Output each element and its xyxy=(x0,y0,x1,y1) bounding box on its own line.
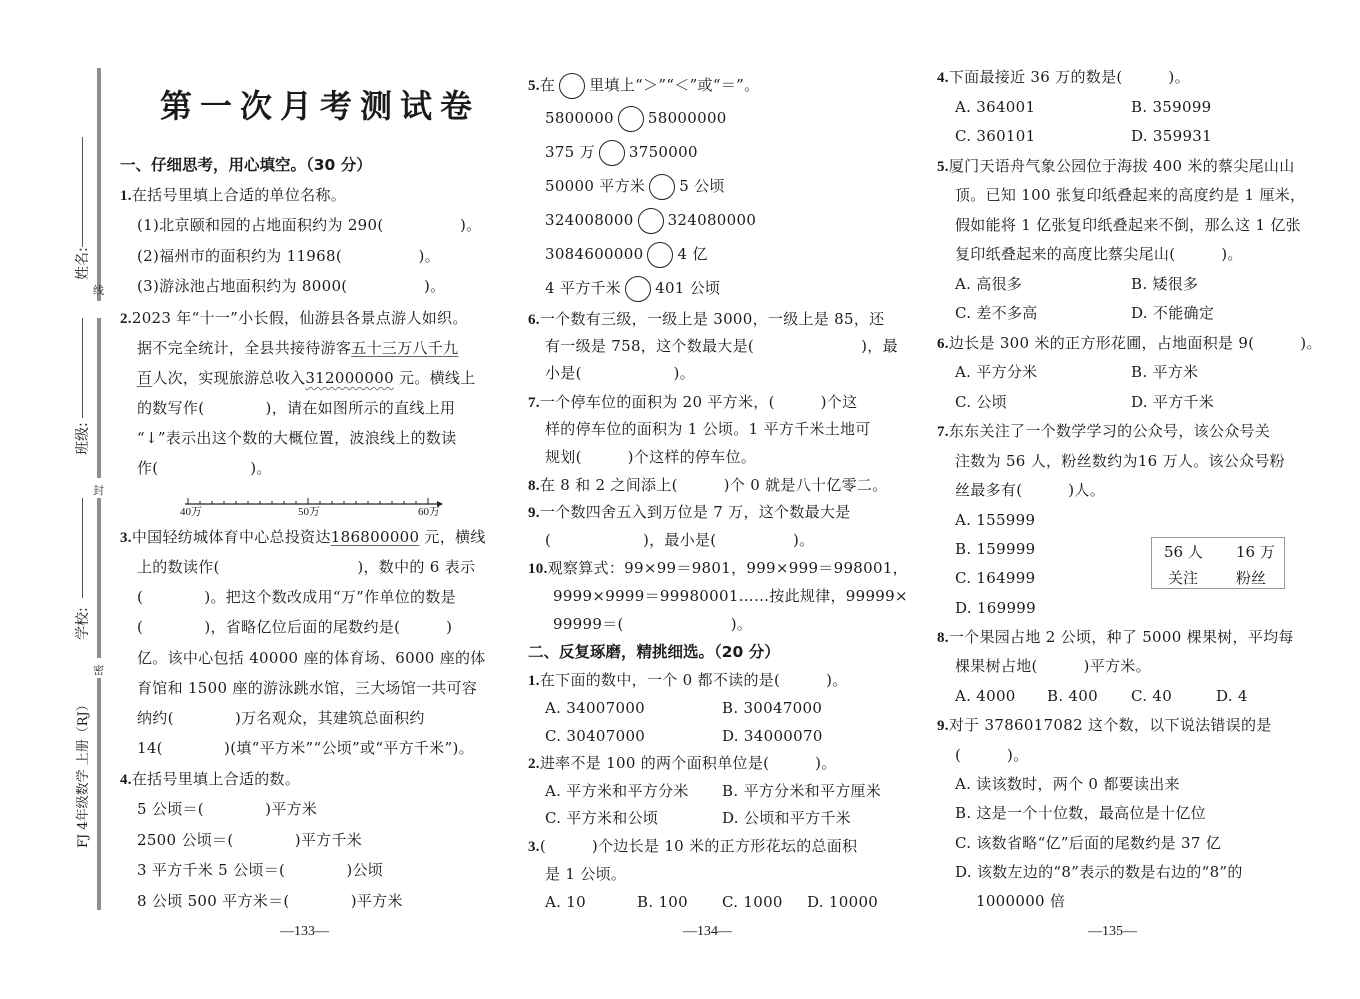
question-text: 中国轻纺城体育中心总投资达 xyxy=(132,528,331,546)
answer-blank-line[interactable]: ( )。把这个数改成用“万”作单位的数是 xyxy=(137,587,456,607)
question-text: 注数为 56 人，粉丝数约为16 万人。该公众号粉 xyxy=(955,451,1285,471)
question-text: 东东关注了一个数学学习的公众号，该公众号关 xyxy=(949,422,1270,440)
question-number: 5. xyxy=(937,159,949,175)
follow-count: 56 人 xyxy=(1164,541,1203,562)
option-b[interactable]: B. 矮很多 xyxy=(1131,274,1198,294)
option-b[interactable]: B. 100 xyxy=(637,892,688,912)
compare-right: 3750000 xyxy=(629,143,698,161)
option-a[interactable]: A. 34007000 xyxy=(545,698,645,718)
question-text: 一个数四舍五入到万位是 7 万，这个数最大是 xyxy=(540,503,851,521)
compare-left: 375 万 xyxy=(545,143,595,161)
answer-blank-line[interactable]: 丝最多有( )人。 xyxy=(955,480,1105,500)
option-b[interactable]: B. 平方米 xyxy=(1131,362,1198,382)
option-b[interactable]: B. 平方分米和平方厘米 xyxy=(722,781,881,801)
seal-char-line: 线 xyxy=(93,282,104,298)
answer-blank-line[interactable]: 在 8 和 2 之间添上( )个 0 就是八十亿零二。 xyxy=(540,476,888,494)
question-number: 7. xyxy=(528,395,540,411)
compare-row: 30846000004 亿 xyxy=(545,241,708,268)
question-text: 一个数有三级，一级上是 3000，一级上是 85，还 xyxy=(540,310,885,328)
question-number: 4. xyxy=(937,70,949,86)
sub-item[interactable]: 5 公顷＝( )平方米 xyxy=(137,799,317,819)
compare-row: 50000 平方米5 公顷 xyxy=(545,173,725,200)
question-text: 元。横线上 xyxy=(394,369,476,387)
school-label: 学校: xyxy=(72,607,92,640)
compare-row: 4 平方千米401 公顷 xyxy=(545,275,720,302)
option-d[interactable]: D. 169999 xyxy=(955,598,1036,618)
option-a[interactable]: A. 高很多 xyxy=(955,274,1022,294)
wavy-number: 312000000 xyxy=(305,369,394,387)
sub-item[interactable]: (3)游泳池占地面积约为 8000( )。 xyxy=(137,276,445,296)
option-c[interactable]: C. 平方米和公顷 xyxy=(545,808,658,828)
question-text: 元，横线 xyxy=(419,528,485,546)
option-c[interactable]: C. 差不多高 xyxy=(955,303,1038,323)
question-text: 据不完全统计，全县共接待游客 xyxy=(137,339,351,357)
option-b[interactable]: B. 这是一个十位数，最高位是十亿位 xyxy=(955,803,1206,823)
compare-circle[interactable] xyxy=(638,208,664,234)
option-d[interactable]: D. 公顷和平方千米 xyxy=(722,808,851,828)
follower-stats-box: 56 人 16 万 关注 粉丝 xyxy=(1151,537,1285,589)
compare-left: 4 平方千米 xyxy=(545,279,621,297)
question-text: 观察算式：99×99＝9801，999×999＝998001， xyxy=(548,559,908,577)
answer-blank-line[interactable]: ( )个边长是 10 米的正方形花坛的总面积 xyxy=(540,837,858,855)
question-text: 2023 年“十一”小长假，仙游县各景点游人如织。 xyxy=(132,309,468,327)
school-blank[interactable] xyxy=(82,498,83,598)
option-d[interactable]: D. 359931 xyxy=(1131,126,1212,146)
question-text: 人次，实现旅游总收入 xyxy=(152,369,305,387)
binding-bar xyxy=(97,678,101,910)
compare-right: 5 公顷 xyxy=(679,177,725,195)
answer-blank-line[interactable]: 复印纸叠起来的高度比蔡尖尾山( )。 xyxy=(955,244,1243,264)
question-number: 1. xyxy=(528,673,540,689)
question-number: 8. xyxy=(528,478,540,494)
question-number: 5. xyxy=(528,78,540,94)
answer-blank-line[interactable]: 小是( )。 xyxy=(545,363,695,383)
option-d[interactable]: D. 不能确定 xyxy=(1131,303,1214,323)
option-b[interactable]: B. 30047000 xyxy=(722,698,822,718)
answer-blank-line[interactable]: 一个停车位的面积为 20 平方米，( )个这 xyxy=(540,393,858,411)
page-number: —135— xyxy=(1088,924,1137,940)
answer-blank-line[interactable]: 规划( )个这样的停车位。 xyxy=(545,447,756,467)
question-text: 厦门天语舟气象公园位于海拔 400 米的蔡尖尾山山 xyxy=(949,157,1295,175)
question-text: 对于 3786017082 这个数，以下说法错误的是 xyxy=(949,716,1272,734)
question-number: 6. xyxy=(937,336,949,352)
name-blank[interactable] xyxy=(82,137,83,247)
question-text: “↓”表示出这个数的大概位置，波浪线上的数读 xyxy=(137,428,457,448)
option-a[interactable]: A. 平方米和平方分米 xyxy=(545,781,689,801)
class-blank[interactable] xyxy=(82,318,83,418)
answer-blank-line[interactable]: 的数写作( )，请在如图所示的直线上用 xyxy=(137,398,455,418)
sub-item[interactable]: (2)福州市的面积约为 11968( )。 xyxy=(137,246,440,266)
number-line-label: 40万 xyxy=(180,503,202,519)
fans-count: 16 万 xyxy=(1236,541,1275,562)
option-d[interactable]: D. 10000 xyxy=(807,892,878,912)
option-c[interactable]: C. 360101 xyxy=(955,126,1035,146)
option-b[interactable]: B. 159999 xyxy=(955,539,1036,559)
section1-heading: 一、仔细思考，用心填空。（30 分） xyxy=(120,155,372,175)
seal-char-secret: 密 xyxy=(93,662,104,678)
class-label: 班级: xyxy=(72,422,92,455)
answer-blank-line[interactable]: 纳约( )万名观众，其建筑总面积约 xyxy=(137,708,425,728)
binding-bar xyxy=(97,68,101,301)
seal-char-seal: 封 xyxy=(93,482,104,498)
compare-left: 50000 平方米 xyxy=(545,177,645,195)
exam-title: 第一次月考测试卷 xyxy=(160,86,480,126)
number-line-label: 50万 xyxy=(298,503,320,519)
question-text: 里填上“＞”“＜”或“＝”。 xyxy=(589,76,759,94)
question-text: 在 xyxy=(540,76,555,94)
underlined-number: 186800000 xyxy=(331,528,420,546)
option-c[interactable]: C. 30407000 xyxy=(545,726,645,746)
name-label: 姓名: xyxy=(72,247,92,280)
compare-circle[interactable] xyxy=(599,140,625,166)
answer-blank-line[interactable]: 作( )。 xyxy=(137,458,272,478)
question-stem: 在下面的数中，一个 0 都不读的是( )。 xyxy=(540,671,848,689)
binding-bar xyxy=(97,498,101,658)
option-d[interactable]: D. 4 xyxy=(1216,686,1248,706)
option-a[interactable]: A. 10 xyxy=(545,892,586,912)
compare-left: 3084600000 xyxy=(545,245,643,263)
s1-question-8[interactable]: 8.在 8 和 2 之间添上( )个 0 就是八十亿零二。 xyxy=(528,475,888,496)
compare-right: 4 亿 xyxy=(677,245,707,263)
option-a[interactable]: A. 155999 xyxy=(955,510,1035,530)
section2-heading: 二、反复琢磨，精挑细选。（20 分） xyxy=(528,642,780,662)
option-a[interactable]: A. 4000 xyxy=(955,686,1016,706)
compare-right: 58000000 xyxy=(648,109,727,127)
answer-blank-line[interactable]: ( )。 xyxy=(955,745,1029,765)
option-c[interactable]: C. 公顷 xyxy=(955,392,1007,412)
question-number: 10. xyxy=(528,561,548,577)
answer-blank-line[interactable]: ( )，最小是( )。 xyxy=(545,530,814,550)
compare-circle[interactable] xyxy=(649,174,675,200)
question-stem: 进率不是 100 的两个面积单位是( )。 xyxy=(540,754,837,772)
compare-right: 324080000 xyxy=(668,211,757,229)
option-d[interactable]: D. 34000070 xyxy=(722,726,823,746)
question-text: 育馆和 1500 座的游泳跳水馆，三大场馆一共可容 xyxy=(137,678,477,698)
option-a[interactable]: A. 读该数时，两个 0 都要读出来 xyxy=(955,774,1180,794)
question-number: 3. xyxy=(528,839,540,855)
question-text: 假如能将 1 亿张复印纸叠起来不倒，那么这 1 亿张 xyxy=(955,215,1301,235)
option-c[interactable]: C. 40 xyxy=(1131,686,1172,706)
compare-left: 5800000 xyxy=(545,109,614,127)
sub-item[interactable]: 3 平方千米 5 公顷＝( )公顷 xyxy=(137,860,383,880)
question-number: 2. xyxy=(528,756,540,772)
sub-item[interactable]: 8 公顷 500 平方米＝( )平方米 xyxy=(137,891,403,911)
binding-bar xyxy=(97,318,101,478)
underlined-number: 五十三万八千九 xyxy=(351,339,458,357)
question-stem: 在括号里填上合适的数。 xyxy=(132,770,300,788)
compare-row: 580000058000000 xyxy=(545,105,727,132)
underlined-number: 百 xyxy=(137,369,152,387)
question-number: 8. xyxy=(937,630,949,646)
compare-circle[interactable] xyxy=(625,276,651,302)
option-a[interactable]: A. 平方分米 xyxy=(955,362,1037,382)
sub-item[interactable]: 2500 公顷＝( )平方千米 xyxy=(137,830,362,850)
answer-blank-line[interactable]: 棵果树占地( )平方米。 xyxy=(955,656,1151,676)
question-number: 1. xyxy=(120,188,132,204)
option-b[interactable]: B. 400 xyxy=(1047,686,1098,706)
option-c[interactable]: C. 1000 xyxy=(722,892,783,912)
question-text: 顶。已知 100 张复印纸叠起来的高度约是 1 厘米， xyxy=(955,185,1305,205)
answer-blank-line[interactable]: ( )，省略亿位后面的尾数约是( ) xyxy=(137,617,452,637)
option-c[interactable]: C. 该数省略“亿”后面的尾数约是 37 亿 xyxy=(955,833,1221,853)
book-label: FJ 4年级数学 上册（RJ） xyxy=(72,698,91,848)
question-text: 样的停车位的面积为 1 公顷。1 平方千米土地可 xyxy=(545,419,871,439)
option-c[interactable]: C. 164999 xyxy=(955,568,1035,588)
fans-label: 粉丝 xyxy=(1236,567,1266,588)
question-number: 3. xyxy=(120,530,132,546)
question-stem: 下面最接近 36 万的数是( )。 xyxy=(949,68,1190,86)
question-text: 是 1 公顷。 xyxy=(545,864,626,884)
option-d[interactable]: D. 平方千米 xyxy=(1131,392,1214,412)
option-d-continued: 1000000 倍 xyxy=(976,891,1065,911)
compare-left: 324008000 xyxy=(545,211,634,229)
question-number: 9. xyxy=(528,505,540,521)
number-line-label: 60万 xyxy=(418,503,440,519)
answer-blank-line[interactable]: 有一级是 758，这个数最大是( )，最 xyxy=(545,336,898,356)
question-number: 4. xyxy=(120,772,132,788)
question-stem: 边长是 300 米的正方形花圃，占地面积是 9( )。 xyxy=(949,334,1322,352)
answer-blank-line[interactable]: 上的数读作( )，数中的 6 表示 xyxy=(137,557,475,577)
answer-blank-line[interactable]: 99999＝( )。 xyxy=(553,614,752,634)
sub-item[interactable]: (1)北京颐和园的占地面积约为 290( )。 xyxy=(137,215,481,235)
compare-row: 375 万3750000 xyxy=(545,139,698,166)
question-number: 9. xyxy=(937,718,949,734)
page-number: —134— xyxy=(683,924,732,940)
compare-circle[interactable] xyxy=(647,242,673,268)
page-number: —133— xyxy=(280,924,329,940)
question-text: 9999×9999＝99980001……按此规律，99999× xyxy=(553,586,908,606)
question-text: 一个果园占地 2 公顷，种了 5000 棵果树，平均每 xyxy=(949,628,1294,646)
option-b[interactable]: B. 359099 xyxy=(1131,97,1212,117)
question-number: 6. xyxy=(528,312,540,328)
compare-row: 324008000324080000 xyxy=(545,207,756,234)
compare-circle[interactable] xyxy=(618,106,644,132)
follow-label: 关注 xyxy=(1168,567,1198,588)
question-number: 7. xyxy=(937,424,949,440)
compare-right: 401 公顷 xyxy=(655,279,720,297)
option-d[interactable]: D. 该数左边的“8”表示的数是右边的“8”的 xyxy=(955,862,1243,882)
circle-icon xyxy=(559,73,585,99)
question-number: 2. xyxy=(120,311,132,327)
option-a[interactable]: A. 364001 xyxy=(955,97,1035,117)
answer-blank-line[interactable]: 14( )(填“平方米”“公顷”或“平方千米”)。 xyxy=(137,738,474,758)
question-stem: 在括号里填上合适的单位名称。 xyxy=(132,186,346,204)
question-text: 亿。该中心包括 40000 座的体育场、6000 座的体 xyxy=(137,648,486,668)
